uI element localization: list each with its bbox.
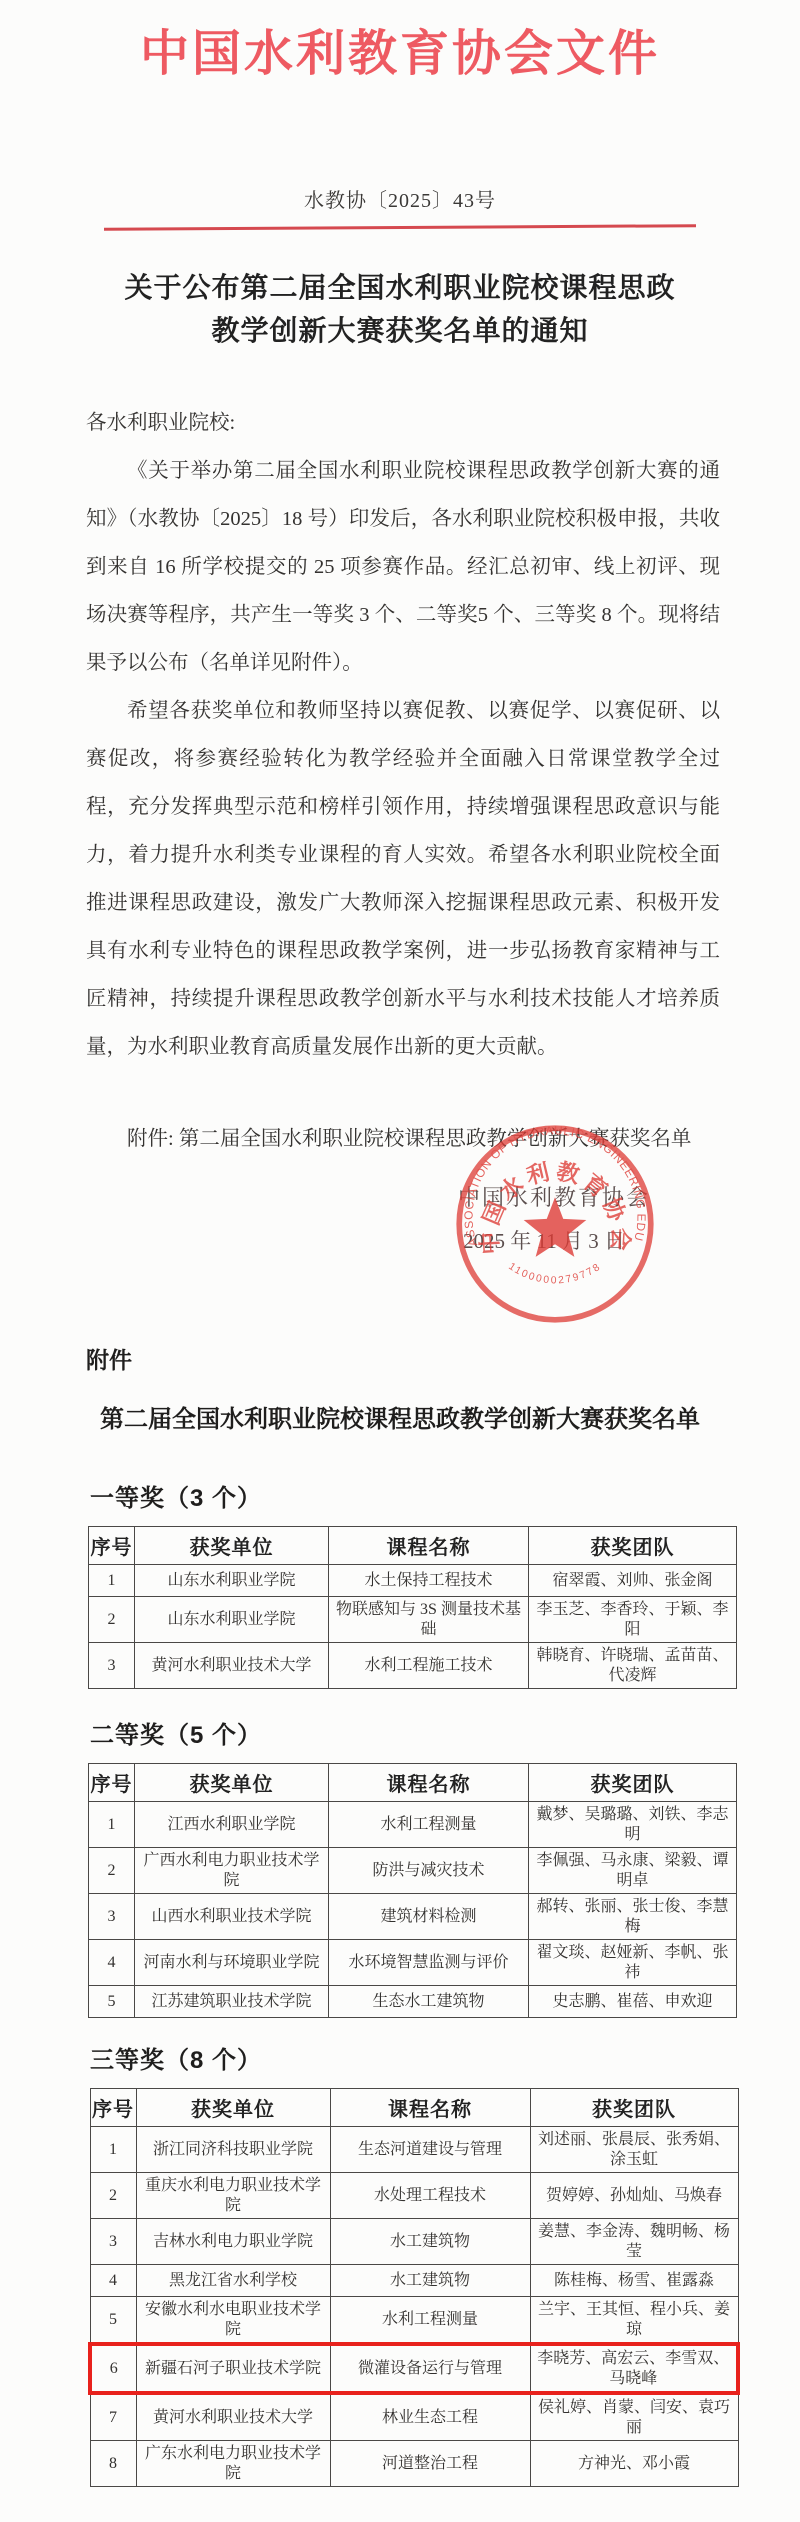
awards-table-second-prize: 序号获奖单位课程名称获奖团队1江西水利职业学院水利工程测量戴梦、吴璐璐、刘铁、李…: [88, 1763, 737, 2018]
team-cell: 陈桂梅、杨雪、崔露淼: [530, 2265, 738, 2297]
team-cell: 宿翠霞、刘帅、张金阁: [529, 1565, 737, 1597]
salutation: 各水利职业院校:: [86, 399, 720, 447]
rank-cell: 3: [89, 1643, 135, 1689]
team-cell: 姜慧、李金涛、魏明畅、杨莹: [530, 2219, 738, 2265]
org-cell: 黄河水利职业技术大学: [136, 2393, 330, 2441]
column-header: 获奖单位: [135, 1764, 329, 1802]
team-cell: 兰宇、王其恒、程小兵、姜琼: [530, 2297, 738, 2345]
table-header-row: 序号获奖单位课程名称获奖团队: [89, 1764, 737, 1802]
team-cell: 韩晓育、许晓瑞、孟苗苗、代凌辉: [529, 1643, 737, 1689]
course-cell: 水处理工程技术: [330, 2173, 530, 2219]
team-cell: 方神光、邓小霞: [530, 2441, 738, 2487]
paragraph-1: 《关于举办第二届全国水利职业院校课程思政教学创新大赛的通知》（水教协〔2025〕…: [86, 447, 720, 687]
table-row: 1浙江同济科技职业学院生态河道建设与管理刘述丽、张晨辰、张秀娟、涂玉虹: [90, 2127, 738, 2173]
rank-cell: 1: [89, 1565, 135, 1597]
course-cell: 水工建筑物: [330, 2265, 530, 2297]
rank-cell: 4: [90, 2265, 136, 2297]
org-cell: 广东水利电力职业技术学院: [136, 2441, 330, 2487]
table-row: 8广东水利电力职业技术学院河道整治工程方神光、邓小霞: [90, 2441, 738, 2487]
rank-cell: 3: [89, 1894, 135, 1940]
award-section-title-third-prize: 三等奖（8 个）: [90, 2040, 800, 2075]
rank-cell: 3: [90, 2219, 136, 2265]
team-cell: 史志鹏、崔蓓、申欢迎: [529, 1986, 737, 2018]
table-row: 1山东水利职业学院水土保持工程技术宿翠霞、刘帅、张金阁: [89, 1565, 737, 1597]
attachment-label: 附件: [86, 1342, 800, 1375]
org-cell: 安徽水利水电职业技术学院: [136, 2297, 330, 2345]
table-row: 1江西水利职业学院水利工程测量戴梦、吴璐璐、刘铁、李志明: [89, 1802, 737, 1848]
course-cell: 生态水工建筑物: [329, 1986, 529, 2018]
table-row: 3黄河水利职业技术大学水利工程施工技术韩晓育、许晓瑞、孟苗苗、代凌辉: [89, 1643, 737, 1689]
document-page: 中国水利教育协会文件 水教协〔2025〕43号 关于公布第二届全国水利职业院校课…: [0, 0, 800, 2522]
team-cell: 李佩强、马永康、梁毅、谭明卓: [529, 1848, 737, 1894]
table-row: 4黑龙江省水利学校水工建筑物陈桂梅、杨雪、崔露淼: [90, 2265, 738, 2297]
awards-table-first-prize: 序号获奖单位课程名称获奖团队1山东水利职业学院水土保持工程技术宿翠霞、刘帅、张金…: [88, 1526, 737, 1689]
org-cell: 江西水利职业学院: [135, 1802, 329, 1848]
rank-cell: 1: [90, 2127, 136, 2173]
table-header-row: 序号获奖单位课程名称获奖团队: [90, 2089, 738, 2127]
rank-cell: 1: [89, 1802, 135, 1848]
table-row: 7黄河水利职业技术大学林业生态工程侯礼婷、肖蒙、闫安、袁巧丽: [90, 2393, 738, 2441]
org-cell: 新疆石河子职业技术学院: [136, 2344, 330, 2393]
org-header-title: 中国水利教育协会文件: [0, 0, 800, 84]
table-header-row: 序号获奖单位课程名称获奖团队: [89, 1527, 737, 1565]
doc-number: 水教协〔2025〕43号: [0, 184, 800, 213]
column-header: 获奖单位: [135, 1527, 329, 1565]
org-cell: 吉林水利电力职业学院: [136, 2219, 330, 2265]
column-header: 序号: [89, 1764, 135, 1802]
rank-cell: 4: [89, 1940, 135, 1986]
awards-table-third-prize: 序号获奖单位课程名称获奖团队1浙江同济科技职业学院生态河道建设与管理刘述丽、张晨…: [88, 2088, 740, 2487]
course-cell: 水利工程测量: [329, 1802, 529, 1848]
column-header: 课程名称: [330, 2089, 530, 2127]
team-cell: 李玉芝、李香玲、于颖、李阳: [529, 1597, 737, 1643]
org-cell: 山西水利职业技术学院: [135, 1894, 329, 1940]
rank-cell: 2: [89, 1848, 135, 1894]
rank-cell: 5: [89, 1986, 135, 2018]
column-header: 获奖单位: [136, 2089, 330, 2127]
org-cell: 山东水利职业学院: [135, 1565, 329, 1597]
red-divider: [104, 224, 696, 231]
team-cell: 戴梦、吴璐璐、刘铁、李志明: [529, 1802, 737, 1848]
course-cell: 水土保持工程技术: [329, 1565, 529, 1597]
org-cell: 黄河水利职业技术大学: [135, 1643, 329, 1689]
column-header: 序号: [89, 1527, 135, 1565]
doc-title-line-1: 关于公布第二届全国水利职业院校课程思政: [0, 267, 800, 310]
course-cell: 水利工程测量: [330, 2297, 530, 2345]
course-cell: 物联感知与 3S 测量技术基础: [329, 1597, 529, 1643]
course-cell: 林业生态工程: [330, 2393, 530, 2441]
svg-text:1100000279778: 1100000279778: [506, 1261, 603, 1286]
column-header: 获奖团队: [529, 1764, 737, 1802]
team-cell: 李晓芳、高宏云、李雪双、马晓峰: [530, 2344, 738, 2393]
column-header: 获奖团队: [529, 1527, 737, 1565]
rank-cell: 7: [90, 2393, 136, 2441]
seal-number: 1100000279778: [506, 1261, 603, 1286]
award-section-title-second-prize: 二等奖（5 个）: [90, 1715, 800, 1750]
rank-cell: 8: [90, 2441, 136, 2487]
official-seal: CHINA ASSOCIATION OF HYDRAULIC ENGINEERI…: [452, 1121, 658, 1327]
course-cell: 河道整治工程: [330, 2441, 530, 2487]
course-cell: 防洪与减灾技术: [329, 1848, 529, 1894]
rank-cell: 2: [89, 1597, 135, 1643]
signature-block: 中国水利教育协会 2025 年 11 月 3 日 CHINA ASSOCIATI…: [0, 1163, 800, 1335]
column-header: 获奖团队: [530, 2089, 738, 2127]
org-cell: 广西水利电力职业技术学院: [135, 1848, 329, 1894]
column-header: 序号: [90, 2089, 136, 2127]
org-cell: 山东水利职业学院: [135, 1597, 329, 1643]
rank-cell: 5: [90, 2297, 136, 2345]
seal-star-icon: [524, 1197, 587, 1257]
document-body: 各水利职业院校: 《关于举办第二届全国水利职业院校课程思政教学创新大赛的通知》（…: [86, 399, 720, 1163]
table-row: 4河南水利与环境职业学院水环境智慧监测与评价翟文琰、赵娅新、李帆、张祎: [89, 1940, 737, 1986]
team-cell: 郝转、张丽、张士俊、李慧梅: [529, 1894, 737, 1940]
table-row: 3吉林水利电力职业学院水工建筑物姜慧、李金涛、魏明畅、杨莹: [90, 2219, 738, 2265]
table-row: 2重庆水利电力职业技术学院水处理工程技术贺婷婷、孙灿灿、马焕春: [90, 2173, 738, 2219]
highlighted-row: 6新疆石河子职业技术学院微灌设备运行与管理李晓芳、高宏云、李雪双、马晓峰: [90, 2344, 738, 2393]
team-cell: 侯礼婷、肖蒙、闫安、袁巧丽: [530, 2393, 738, 2441]
doc-title-line-2: 教学创新大赛获奖名单的通知: [0, 310, 800, 353]
column-header: 课程名称: [329, 1527, 529, 1565]
rank-cell: 2: [90, 2173, 136, 2219]
doc-title: 关于公布第二届全国水利职业院校课程思政 教学创新大赛获奖名单的通知: [0, 267, 800, 353]
course-cell: 建筑材料检测: [329, 1894, 529, 1940]
team-cell: 翟文琰、赵娅新、李帆、张祎: [529, 1940, 737, 1986]
course-cell: 微灌设备运行与管理: [330, 2344, 530, 2393]
table-row: 5江苏建筑职业技术学院生态水工建筑物史志鹏、崔蓓、申欢迎: [89, 1986, 737, 2018]
team-cell: 贺婷婷、孙灿灿、马焕春: [530, 2173, 738, 2219]
table-row: 2山东水利职业学院物联感知与 3S 测量技术基础李玉芝、李香玲、于颖、李阳: [89, 1597, 737, 1643]
org-cell: 河南水利与环境职业学院: [135, 1940, 329, 1986]
column-header: 课程名称: [329, 1764, 529, 1802]
paragraph-2: 希望各获奖单位和教师坚持以赛促教、以赛促学、以赛促研、以赛促改，将参赛经验转化为…: [86, 687, 720, 1071]
attachment-section: 附件 第二届全国水利职业院校课程思政教学创新大赛获奖名单 一等奖（3 个） 序号…: [0, 1342, 800, 2487]
org-cell: 黑龙江省水利学校: [136, 2265, 330, 2297]
table-row: 5安徽水利水电职业技术学院水利工程测量兰宇、王其恒、程小兵、姜琼: [90, 2297, 738, 2345]
org-cell: 重庆水利电力职业技术学院: [136, 2173, 330, 2219]
course-cell: 水工建筑物: [330, 2219, 530, 2265]
course-cell: 水环境智慧监测与评价: [329, 1940, 529, 1986]
rank-cell: 6: [90, 2344, 136, 2393]
award-section-title-first-prize: 一等奖（3 个）: [90, 1478, 800, 1513]
table-row: 3山西水利职业技术学院建筑材料检测郝转、张丽、张士俊、李慧梅: [89, 1894, 737, 1940]
org-cell: 江苏建筑职业技术学院: [135, 1986, 329, 2018]
table-row: 2广西水利电力职业技术学院防洪与减灾技术李佩强、马永康、梁毅、谭明卓: [89, 1848, 737, 1894]
course-cell: 水利工程施工技术: [329, 1643, 529, 1689]
course-cell: 生态河道建设与管理: [330, 2127, 530, 2173]
team-cell: 刘述丽、张晨辰、张秀娟、涂玉虹: [530, 2127, 738, 2173]
attachment-title: 第二届全国水利职业院校课程思政教学创新大赛获奖名单: [0, 1399, 800, 1434]
org-cell: 浙江同济科技职业学院: [136, 2127, 330, 2173]
